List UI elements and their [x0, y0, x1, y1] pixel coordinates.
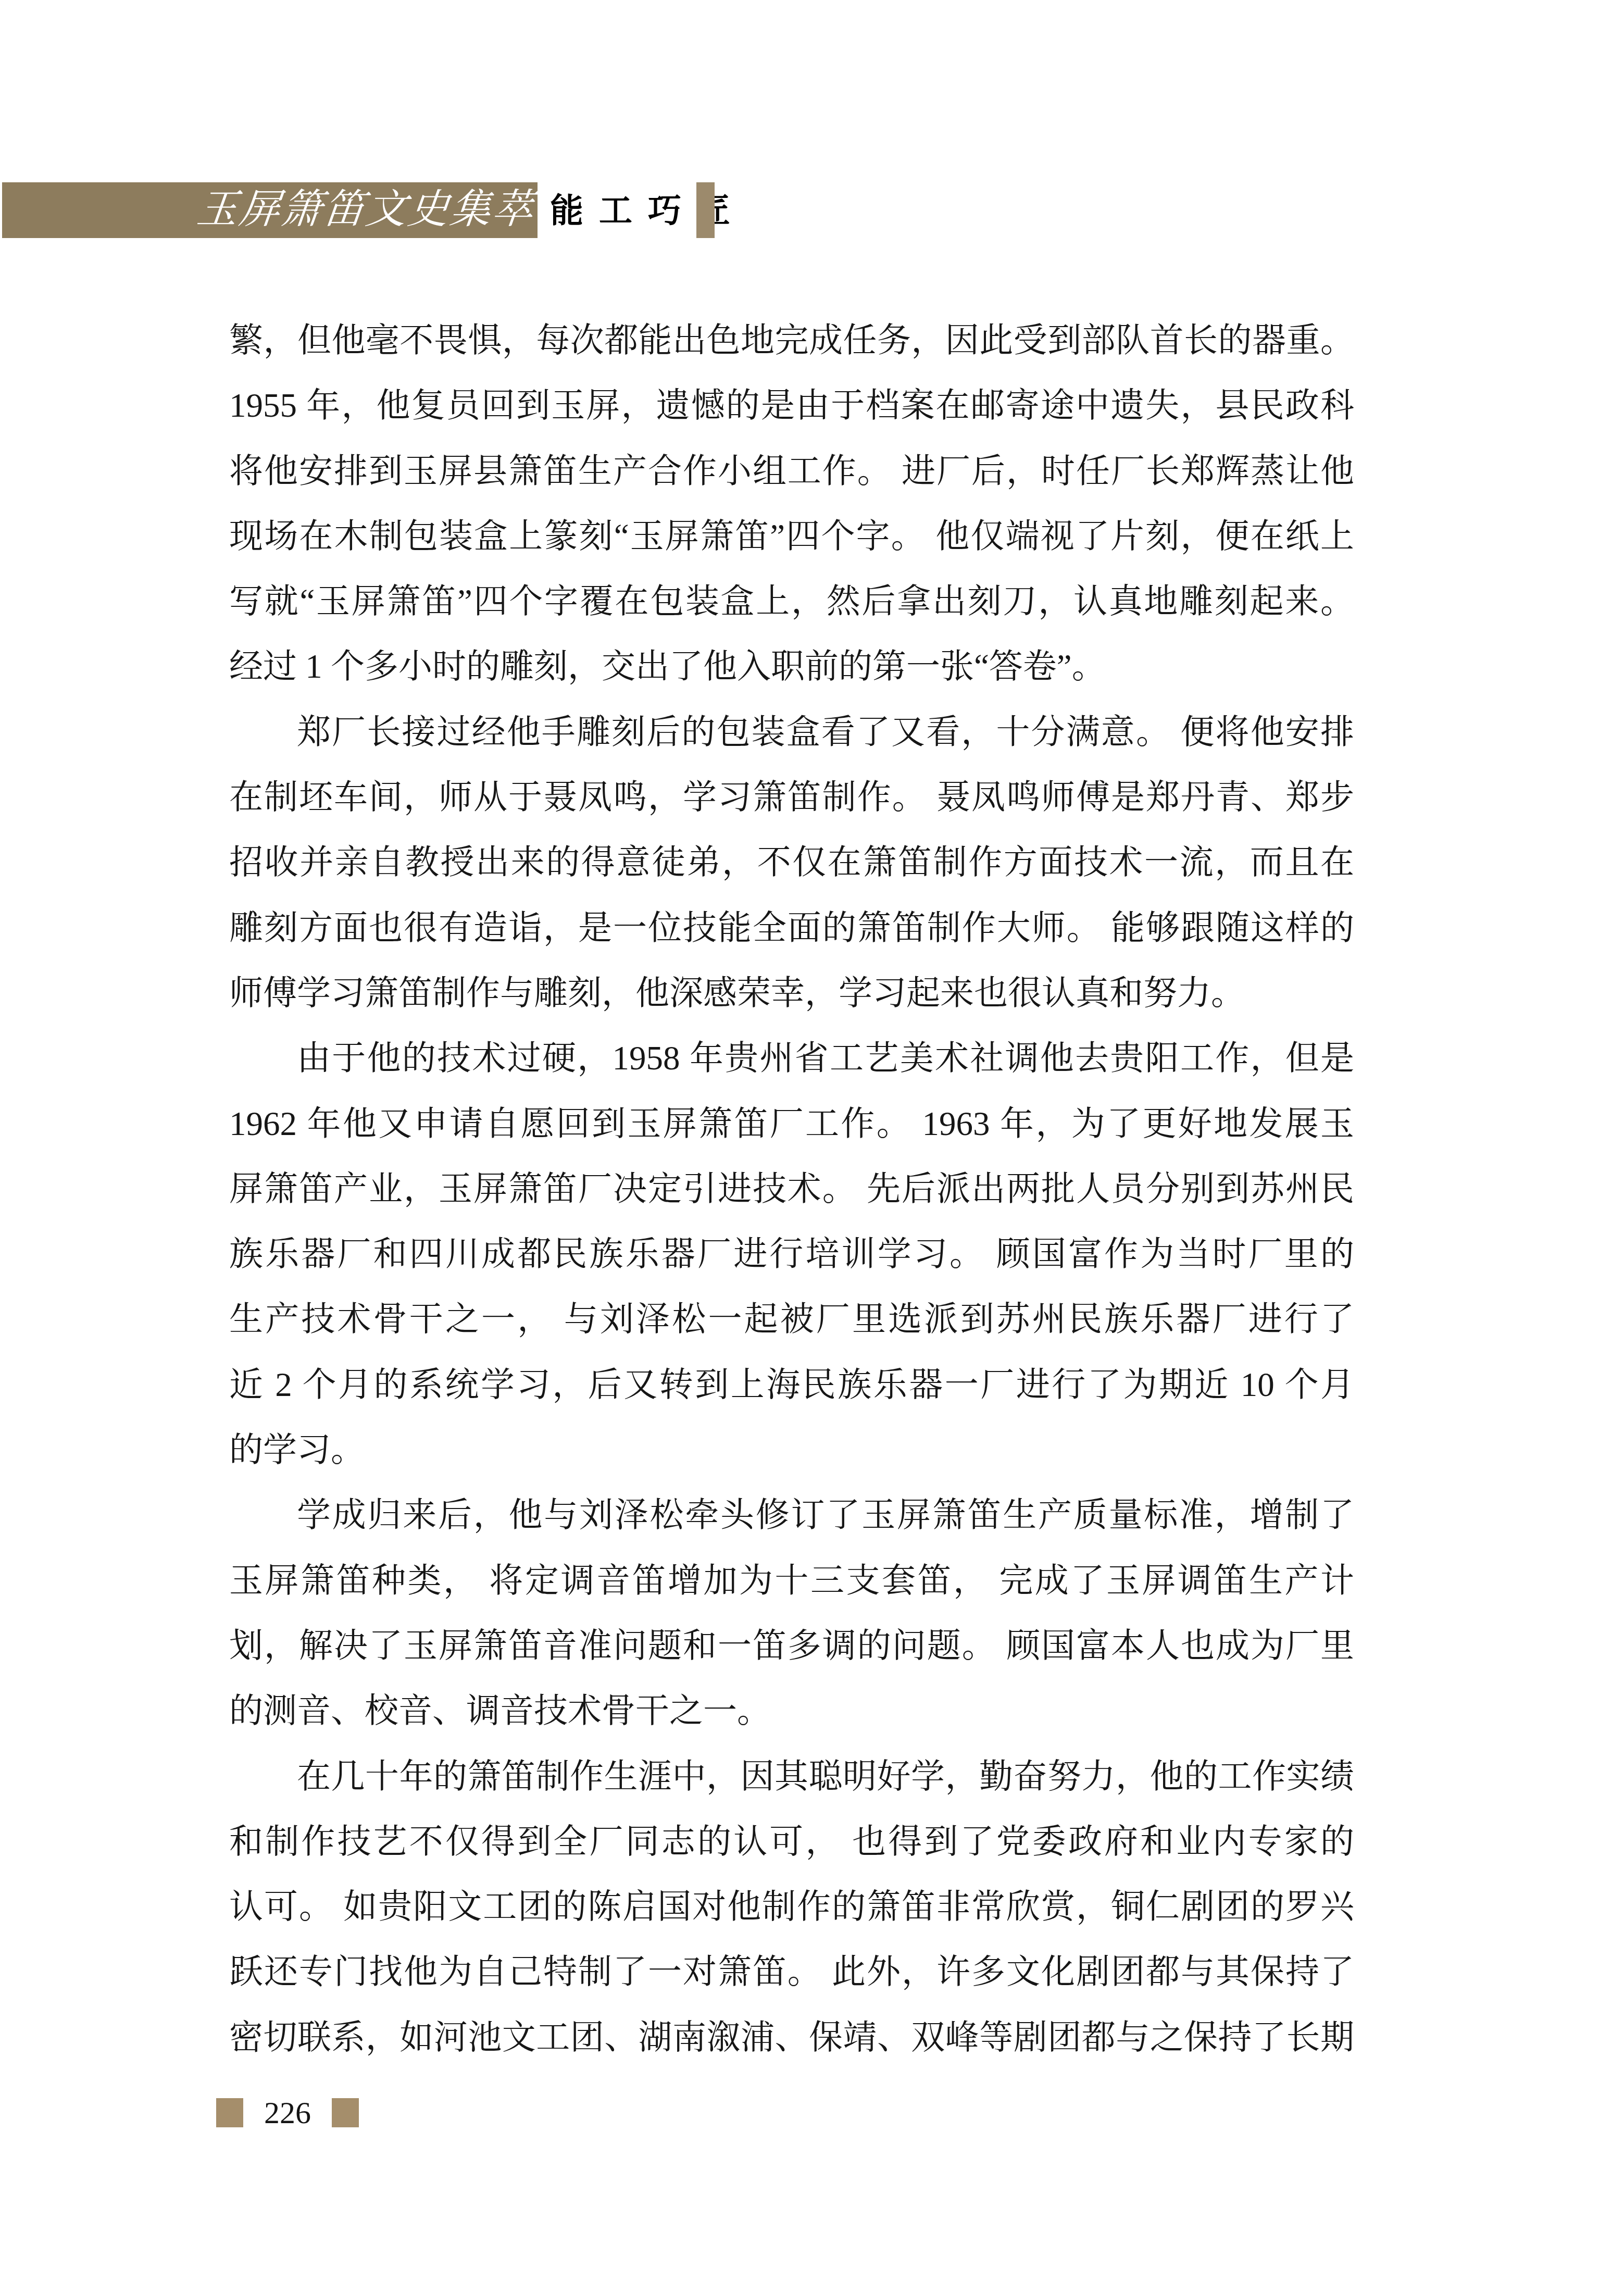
text-line: 在几十年的箫笛制作生涯中，因其聪明好学，勤奋努力，他的工作实绩	[229, 1744, 1354, 1810]
text-line: 族乐器厂和四川成都民族乐器厂进行培训学习。 顾国富作为当时厂里的	[229, 1222, 1354, 1287]
text-line: 经过 1 个多小时的雕刻，交出了他入职前的第一张“答卷”。	[229, 634, 1354, 700]
text-line: 和制作技艺不仅得到全厂同志的认可， 也得到了党委政府和业内专家的	[229, 1810, 1354, 1875]
text-line: 玉屏箫笛种类， 将定调音笛增加为十三支套笛， 完成了玉屏调笛生产计	[229, 1549, 1354, 1614]
footer-left-square	[216, 2098, 243, 2127]
text-line: 的测音、校音、调音技术骨干之一。	[229, 1679, 1354, 1744]
text-line: 师傅学习箫笛制作与雕刻，他深感荣幸，学习起来也很认真和努力。	[229, 961, 1354, 1026]
text-line: 雕刻方面也很有造诣，是一位技能全面的箫笛制作大师。 能够跟随这样的	[229, 896, 1354, 961]
text-line: 划，解决了玉屏箫笛音准问题和一笛多调的问题。 顾国富本人也成为厂里	[229, 1614, 1354, 1679]
text-line: 密切联系，如河池文工团、湖南溆浦、保靖、双峰等剧团都与之保持了长期	[229, 2005, 1354, 2071]
header-accent-bar	[696, 182, 715, 238]
text-line: 由于他的技术过硬，1958 年贵州省工艺美术社调他去贵阳工作，但是	[229, 1026, 1354, 1091]
page-number: 226	[243, 2092, 332, 2134]
text-line: 屏箫笛产业，玉屏箫笛厂决定引进技术。 先后派出两批人员分别到苏州民	[229, 1157, 1354, 1222]
text-line: 学成归来后，他与刘泽松牵头修订了玉屏箫笛生产质量标准，增制了	[229, 1483, 1354, 1548]
text-line: 在制坯车间，师从于聂凤鸣，学习箫笛制作。 聂凤鸣师傅是郑丹青、郑步青	[229, 765, 1354, 830]
chapter-section-title: 能工巧匠	[550, 182, 746, 238]
text-line: 郑厂长接过经他手雕刻后的包装盒看了又看，十分满意。 便将他安排	[229, 700, 1354, 765]
text-line: 近 2 个月的系统学习，后又转到上海民族乐器一厂进行了为期近 10 个月	[229, 1353, 1354, 1418]
book-page: 玉屏箫笛文史集萃 能工巧匠 繁，但他毫不畏惧，每次都能出色地完成任务，因此受到部…	[0, 0, 1624, 2269]
body-text: 繁，但他毫不畏惧，每次都能出色地完成任务，因此受到部队首长的器重。1955 年，…	[229, 308, 1354, 2071]
text-line: 1955 年，他复员回到玉屏，遗憾的是由于档案在邮寄途中遗失，县民政科	[229, 373, 1354, 439]
text-line: 1962 年他又申请自愿回到玉屏箫笛厂工作。 1963 年，为了更好地发展玉	[229, 1092, 1354, 1157]
text-line: 写就“玉屏箫笛”四个字覆在包装盒上，然后拿出刻刀，认真地雕刻起来。	[229, 569, 1354, 634]
text-line: 招收并亲自教授出来的得意徒弟，不仅在箫笛制作方面技术一流，而且在	[229, 830, 1354, 895]
book-calligraphy-title: 玉屏箫笛文史集萃	[194, 182, 537, 238]
text-line: 认可。 如贵阳文工团的陈启国对他制作的箫笛非常欣赏，铜仁剧团的罗兴	[229, 1875, 1354, 1940]
text-line: 的学习。	[229, 1418, 1354, 1483]
text-line: 跃还专门找他为自己特制了一对箫笛。 此外，许多文化剧团都与其保持了	[229, 1940, 1354, 2005]
text-line: 现场在木制包装盒上篆刻“玉屏箫笛”四个字。 他仅端视了片刻，便在纸上	[229, 504, 1354, 569]
footer-right-square	[332, 2098, 359, 2127]
header-band: 玉屏箫笛文史集萃	[2, 182, 538, 238]
text-line: 将他安排到玉屏县箫笛生产合作小组工作。 进厂后，时任厂长郑辉蒸让他	[229, 439, 1354, 504]
text-line: 繁，但他毫不畏惧，每次都能出色地完成任务，因此受到部队首长的器重。	[229, 308, 1354, 373]
text-line: 生产技术骨干之一， 与刘泽松一起被厂里选派到苏州民族乐器厂进行了	[229, 1287, 1354, 1352]
